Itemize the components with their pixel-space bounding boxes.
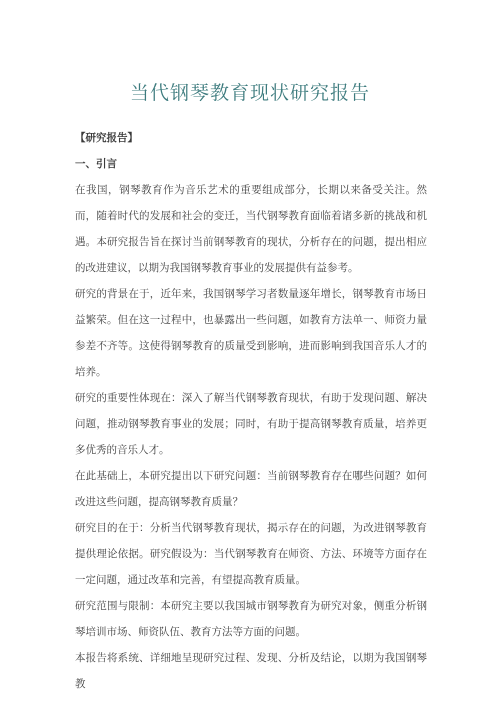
paragraph-intro: 在我国，钢琴教育作为音乐艺术的重要组成部分，长期以来备受关注。然而，随着时代的发… [75,177,427,281]
document-page: 当代钢琴教育现状研究报告 【研究报告】 一、引言 在我国，钢琴教育作为音乐艺术的… [0,0,500,707]
paragraph-scope-limits: 研究范围与限制：本研究主要以我国城市钢琴教育为研究对象，侧重分析钢琴培训市场、师… [75,593,427,645]
report-tag: 【研究报告】 [75,125,427,151]
paragraph-importance: 研究的重要性体现在：深入了解当代钢琴教育现状，有助于发现问题、解决问题，推动钢琴… [75,385,427,463]
document-body: 【研究报告】 一、引言 在我国，钢琴教育作为音乐艺术的重要组成部分，长期以来备受… [75,125,427,697]
section-heading: 一、引言 [75,151,427,177]
paragraph-background: 研究的背景在于，近年来，我国钢琴学习者数量逐年增长，钢琴教育市场日益繁荣。但在这… [75,281,427,385]
page-title: 当代钢琴教育现状研究报告 [0,80,500,108]
paragraph-closing: 本报告将系统、详细地呈现研究过程、发现、分析及结论，以期为我国钢琴教 [75,645,427,697]
paragraph-purpose-hypothesis: 研究目的在于：分析当代钢琴教育现状，揭示存在的问题，为改进钢琴教育提供理论依据。… [75,515,427,593]
paragraph-research-questions: 在此基础上，本研究提出以下研究问题：当前钢琴教育存在哪些问题？如何改进这些问题，… [75,463,427,515]
